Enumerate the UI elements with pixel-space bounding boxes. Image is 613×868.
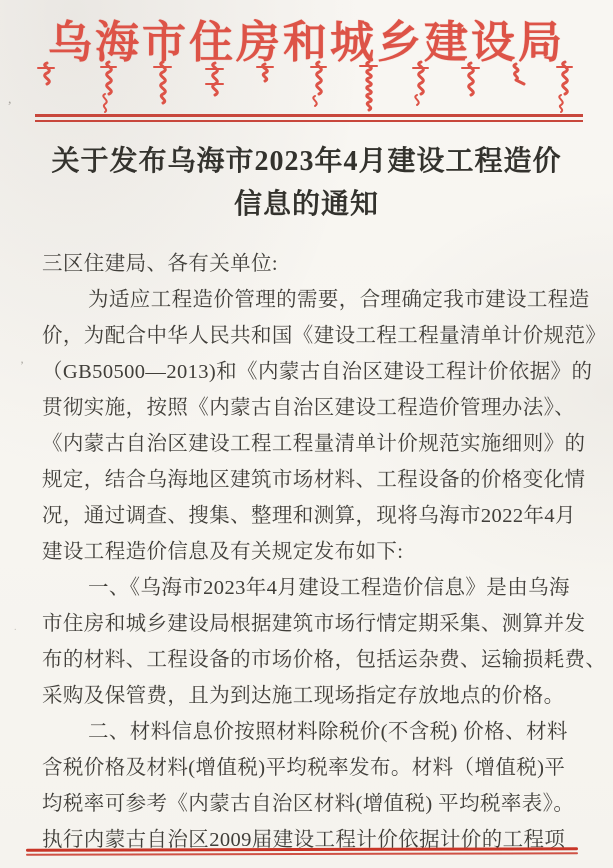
body-line: 均税率可参考《内蒙古自治区材料(增值税) 平均税率表》。 [42, 786, 586, 822]
body-line: 价，为配合中华人民共和国《建设工程工程量清单计价规范》 [42, 318, 586, 354]
scan-artifact: ’ [20, 358, 24, 373]
body-line: 二、材料信息价按照材料除税价(不含税) 价格、材料 [42, 714, 586, 750]
letterhead-divider-rule [35, 114, 583, 122]
body-line: 贯彻实施，按照《内蒙古自治区建设工程造价管理办法》、 [42, 390, 586, 426]
scanned-notice-document: 乌海市住房和城乡建设局 [0, 0, 613, 868]
body-line: 一、《乌海市2023年4月建设工程造价信息》是由乌海 [42, 570, 586, 606]
document-title-line1: 关于发布乌海市2023年4月建设工程造价 [0, 140, 613, 183]
body-line: 规定，结合乌海地区建筑市场材料、工程设备的价格变化情 [42, 462, 586, 498]
body-line: 为适应工程造价管理的需要，合理确定我市建设工程造 [42, 282, 586, 318]
body-line: 市住房和城乡建设局根据建筑市场行情定期采集、测算并发 [42, 606, 586, 642]
scan-artifact: . [14, 622, 17, 633]
body-line: 况，通过调查、搜集、整理和测算，现将乌海市2022年4月 [42, 498, 586, 534]
body-line: 建设工程造价信息及有关规定发布如下: [42, 534, 586, 570]
salutation-line: 三区住建局、各有关单位: [42, 246, 586, 282]
body-line: 采购及保管费，且为到达施工现场指定存放地点的价格。 [42, 678, 586, 714]
document-title-line2: 信息的通知 [0, 183, 613, 226]
scan-artifact: , [8, 92, 12, 108]
document-title: 关于发布乌海市2023年4月建设工程造价 信息的通知 [0, 140, 613, 226]
body-line: 《内蒙古自治区建设工程工程量清单计价规范实施细则》的 [42, 426, 586, 462]
notice-body: 三区住建局、各有关单位: 为适应工程造价管理的需要，合理确定我市建设工程造 价，… [42, 246, 586, 858]
body-line: 含税价格及材料(增值税)平均税率发布。材料（增值税)平 [42, 750, 586, 786]
red-underline-mark [26, 847, 578, 856]
body-line: 布的材料、工程设备的市场价格，包括运杂费、运输损耗费、 [42, 642, 586, 678]
body-line: （GB50500—2013)和《内蒙古自治区建设工程计价依据》的 [42, 354, 586, 390]
mongolian-script-icon [33, 60, 581, 114]
